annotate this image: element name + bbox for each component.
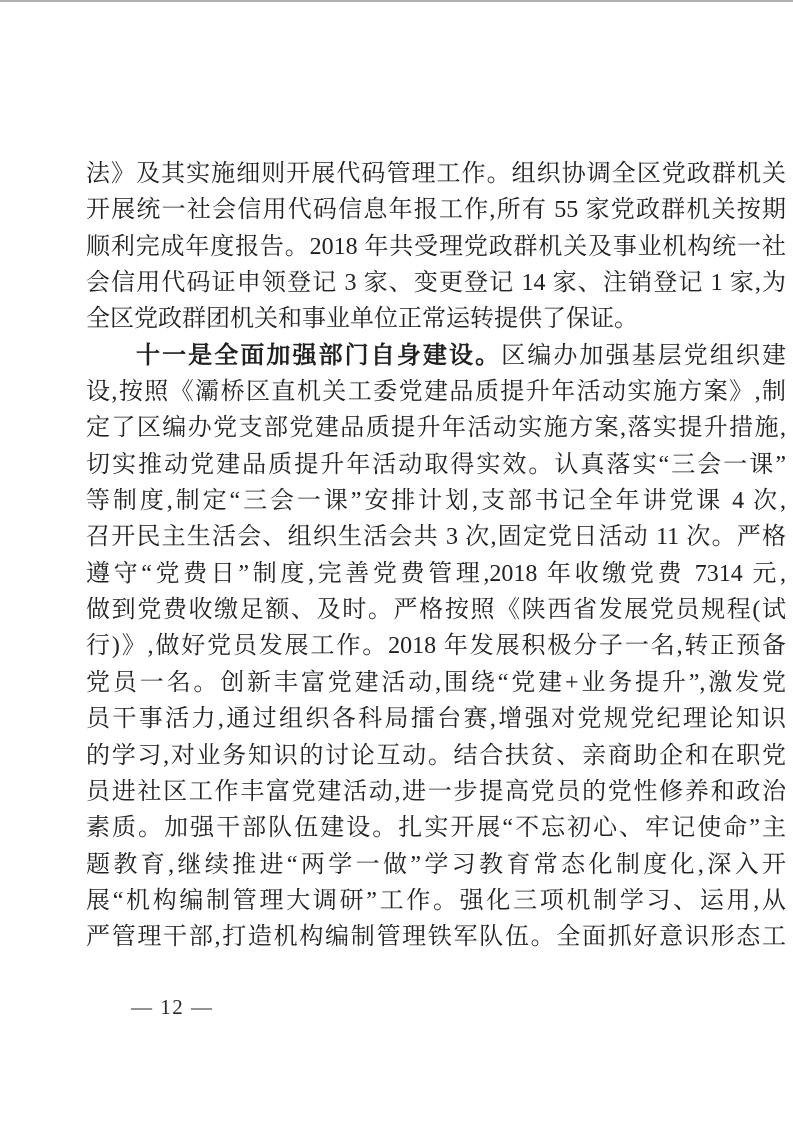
text-line: 切实推动党建品质提升年活动取得实效。认真落实“三会一课” bbox=[86, 447, 786, 483]
text-line: 全区党政群团机关和事业单位正常运转提供了保证。 bbox=[86, 301, 786, 337]
text-line: 素质。加强干部队伍建设。扎实开展“不忘初心、牢记使命”主 bbox=[86, 810, 786, 846]
page-number: — 12 — bbox=[131, 995, 214, 1020]
text-line: 做到党费收缴足额、及时。严格按照《陕西省发展党员规程(试 bbox=[86, 592, 786, 628]
section-heading-rest: 区编办加强基层党组织建 bbox=[501, 343, 786, 369]
text-line: 十一是全面加强部门自身建设。区编办加强基层党组织建 bbox=[86, 338, 786, 374]
scanned-document-page: { "page": { "page_number": "— 12 —", "ba… bbox=[0, 0, 793, 1122]
scan-edge-artifact bbox=[0, 0, 793, 2]
text-line: 的学习,对业务知识的讨论互动。结合扶贫、亲商助企和在职党 bbox=[86, 738, 786, 774]
text-line: 顺利完成年度报告。2018 年共受理党政群机关及事业机构统一社 bbox=[86, 229, 786, 265]
text-line: 员进社区工作丰富党建活动,进一步提高党员的党性修养和政治 bbox=[86, 774, 786, 810]
text-line: 会信用代码证申领登记 3 家、变更登记 14 家、注销登记 1 家,为 bbox=[86, 265, 786, 301]
text-line: 法》及其实施细则开展代码管理工作。组织协调全区党政群机关 bbox=[86, 156, 786, 192]
text-line: 行)》,做好党员发展工作。2018 年发展积极分子一名,转正预备 bbox=[86, 628, 786, 664]
text-line: 开展统一社会信用代码信息年报工作,所有 55 家党政群机关按期 bbox=[86, 192, 786, 228]
text-line: 题教育,继续推进“两学一做”学习教育常态化制度化,深入开 bbox=[86, 847, 786, 883]
text-line: 严管理干部,打造机构编制管理铁军队伍。全面抓好意识形态工 bbox=[86, 919, 786, 955]
section-heading-bold: 十一是全面加强部门自身建设。 bbox=[136, 343, 501, 369]
text-line: 等制度,制定“三会一课”安排计划,支部书记全年讲党课 4 次, bbox=[86, 483, 786, 519]
text-line: 遵守“党费日”制度,完善党费管理,2018 年收缴党费 7314 元, bbox=[86, 556, 786, 592]
text-line: 召开民主生活会、组织生活会共 3 次,固定党日活动 11 次。严格 bbox=[86, 519, 786, 555]
text-line: 设,按照《灞桥区直机关工委党建品质提升年活动实施方案》,制 bbox=[86, 374, 786, 410]
text-line: 展“机构编制管理大调研”工作。强化三项机制学习、运用,从 bbox=[86, 883, 786, 919]
document-body: 法》及其实施细则开展代码管理工作。组织协调全区党政群机关开展统一社会信用代码信息… bbox=[86, 156, 786, 956]
text-line: 党员一名。创新丰富党建活动,围绕“党建+业务提升”,激发党 bbox=[86, 665, 786, 701]
text-line: 定了区编办党支部党建品质提升年活动实施方案,落实提升措施, bbox=[86, 410, 786, 446]
text-line: 员干事活力,通过组织各科局擂台赛,增强对党规党纪理论知识 bbox=[86, 701, 786, 737]
